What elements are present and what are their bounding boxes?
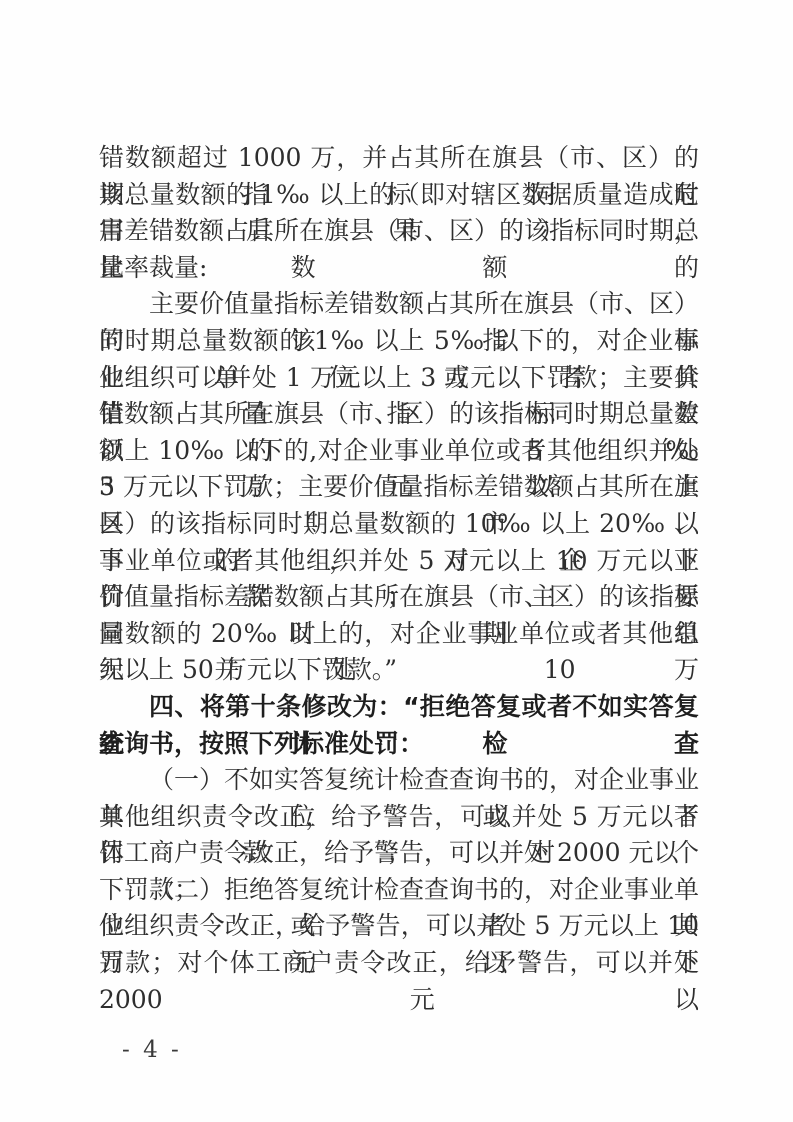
- document-body: 错数额超过 1000 万，并占其所在旗县（市、区）的该指标同时 期总量数额的 1…: [99, 140, 699, 982]
- text-line: 主要价值量指标差错数额占其所在旗县（市、区）的该指标: [99, 286, 699, 323]
- text-line: 体工商户责令改正，给予警告，可以并处 2000 元以下罚款；: [99, 835, 699, 872]
- text-line: 价值量指标差错数额占其所在旗县（市、区）的该指标同时期总: [99, 579, 699, 616]
- text-line: 他组织可以并处 1 万元以上 3 万元以下罚款；主要价值量指标差: [99, 360, 699, 397]
- text-line: 期总量数额的 1‰ 以上的（即对辖区数据质量造成危害后果），: [99, 177, 699, 214]
- text-line: （一）不如实答复统计检查查询书的，对企业事业单位或者: [99, 762, 699, 799]
- text-line: 同时期总量数额的 1‰ 以上 5‰ 以下的，对企业事业单位或者其: [99, 323, 699, 360]
- text-line: 用差错数额占其所在旗县（市、区）的该指标同时期总量数额的: [99, 213, 699, 250]
- text-line: 错数额超过 1000 万，并占其所在旗县（市、区）的该指标同时: [99, 140, 699, 177]
- text-line: 错数额占其所在旗县（市、区）的该指标同时期总量数额的 5‰: [99, 396, 699, 433]
- text-line: 区）的该指标同时期总量数额的 10‰ 以上 20‰ 以下的，对企业: [99, 506, 699, 543]
- text-line: （二）拒绝答复统计检查查询书的，对企业事业单位或者其: [99, 872, 699, 909]
- text-line: 以上 10‰ 以下的,对企业事业单位或者其他组织并处 3 万元以上: [99, 433, 699, 470]
- text-line: 他组织责令改正，给予警告，可以并处 5 万元以上 10 万元以下: [99, 908, 699, 945]
- text-line: 量数额的 20‰ 以上的，对企业事业单位或者其他组织并处 10 万: [99, 616, 699, 653]
- heading-line: 四、将第十条修改为：“拒绝答复或者不如实答复统计检查: [99, 689, 699, 726]
- document-page: 错数额超过 1000 万，并占其所在旗县（市、区）的该指标同时 期总量数额的 1…: [0, 0, 793, 1122]
- text-line: 其他组织责令改正，给予警告，可以并处 5 万元以下罚款；对个: [99, 799, 699, 836]
- text-line: 5 万元以下罚款；主要价值量指标差错数额占其所在旗县（市、: [99, 469, 699, 506]
- text-line: 事业单位或者其他组织并处 5 万元以上 10 万元以下罚款；主要: [99, 543, 699, 580]
- text-line: 罚款；对个体工商户责令改正，给予警告，可以并处 2000 元以: [99, 945, 699, 982]
- page-number: - 4 -: [122, 1037, 182, 1063]
